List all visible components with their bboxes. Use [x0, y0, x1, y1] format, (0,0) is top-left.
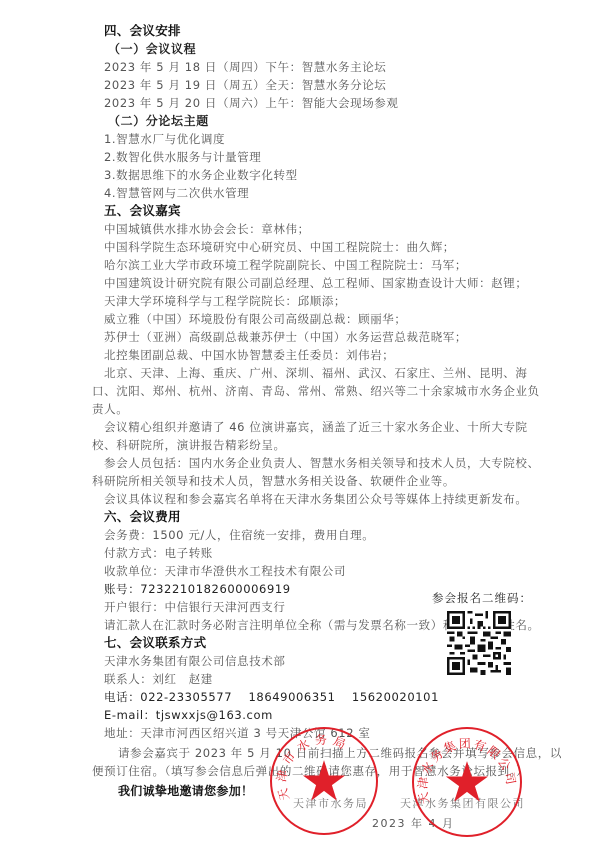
guest-item: 北控集团副总裁、中国水协智慧委主任委员：刘伟岩；	[104, 346, 394, 364]
guest-item: 苏伊士（亚洲）高级副总裁兼苏伊士（中国）水务运营总裁范晓军；	[104, 328, 467, 346]
registration-qr-code[interactable]	[447, 611, 511, 675]
guest-item: 威立雅（中国）环境股份有限公司高级副总裁：顾丽华；	[104, 310, 407, 328]
guest-item: 哈尔滨工业大学市政环境工程学院副院长、中国工程院院士：马军；	[104, 256, 467, 274]
guest-item: 中国建筑设计研究院有限公司副总经理、总工程师、国家勘查设计大师：赵锂；	[104, 274, 528, 292]
seal-arc-text: 天津市水务局	[272, 729, 376, 833]
official-seal-water-bureau: 天津市水务局	[270, 727, 378, 835]
section4-heading: 四、会议安排	[104, 22, 181, 40]
svg-text:天津市水务局: 天津市水务局	[273, 733, 352, 802]
section5-heading: 五、会议嘉宾	[104, 202, 181, 220]
contact-org: 天津水务集团有限公司信息技术部	[104, 652, 286, 670]
document-page: 四、会议安排 （一）会议议程 2023 年 5 月 18 日（周四）下午：智慧水…	[0, 0, 600, 849]
svg-text:天津水务集团有限公司: 天津水务集团有限公司	[415, 737, 519, 806]
agenda-heading: （一）会议议程	[108, 40, 196, 58]
guest-item: 天津大学环境科学与工程学院院长：邱顺添；	[104, 292, 346, 310]
account-number: 账号：7232210182600006919	[104, 580, 291, 598]
payee-text: 收款单位：天津市华澄供水工程技术有限公司	[104, 562, 346, 580]
invitation-text: 我们诚挚地邀请您参加！	[118, 782, 253, 800]
attendees-text: 参会人员包括：国内水务企业负责人、智慧水务相关领导和技术人员，大专院校、	[104, 454, 540, 472]
cities-text: 口、沈阳、郑州、杭州、济南、青岛、常州、常熟、绍兴等二十余家城市水务企业负	[92, 382, 540, 400]
official-seal-water-group: 天津水务集团有限公司	[412, 727, 522, 837]
topic-item: 2.数智化供水服务与计量管理	[104, 148, 261, 166]
contact-email[interactable]: E-mail：tjswxxjs@163.com	[104, 706, 273, 724]
guest-item: 中国科学院生态环境研究中心研究员、中国工程院院士：曲久辉；	[104, 238, 455, 256]
bank-text: 开户银行：中信银行天津河西支行	[104, 598, 286, 616]
topics-heading: （二）分论坛主题	[108, 112, 209, 130]
topic-item: 1.智慧水厂与优化调度	[104, 130, 225, 148]
payment-method: 付款方式：电子转账	[104, 544, 213, 562]
section7-heading: 七、会议联系方式	[104, 634, 206, 652]
topic-item: 4.智慧管网与二次供水管理	[104, 184, 249, 202]
agenda-item: 2023 年 5 月 20 日（周六）上午：智能大会现场参观	[104, 94, 399, 112]
agenda-item: 2023 年 5 月 18 日（周四）下午：智慧水务主论坛	[104, 58, 386, 76]
cities-text: 北京、天津、上海、重庆、广州、深圳、福州、武汉、石家庄、兰州、昆明、海	[104, 364, 528, 382]
seal-arc-text: 天津水务集团有限公司	[414, 729, 520, 835]
qr-label: 参会报名二维码：	[432, 590, 532, 606]
topic-item: 3.数据思维下的水务企业数字化转型	[104, 166, 298, 184]
update-text: 会议具体议程和参会嘉宾名单将在天津水务集团公众号等媒体上持续更新发布。	[104, 490, 528, 508]
section6-heading: 六、会议费用	[104, 508, 181, 526]
contact-phone: 电话：022-23305577 18649006351 15620020101	[104, 688, 439, 706]
speakers-text: 校、科研院所，演讲报告精彩纷呈。	[92, 436, 286, 454]
contact-persons: 联系人：刘红 赵建	[104, 670, 213, 688]
agenda-item: 2023 年 5 月 19 日（周五）全天：智慧水务分论坛	[104, 76, 386, 94]
guest-item: 中国城镇供水排水协会会长：章林伟；	[104, 220, 310, 238]
attendees-text: 科研院所相关领导和技术人员，智慧水务相关设备、软硬件企业等。	[92, 472, 455, 490]
speakers-text: 会议精心组织并邀请了 46 位演讲嘉宾，涵盖了近三十家水务企业、十所大专院	[104, 418, 528, 436]
cities-text: 责人。	[92, 400, 128, 418]
fee-text: 会务费：1500 元/人，住宿统一安排，费用自理。	[104, 526, 374, 544]
